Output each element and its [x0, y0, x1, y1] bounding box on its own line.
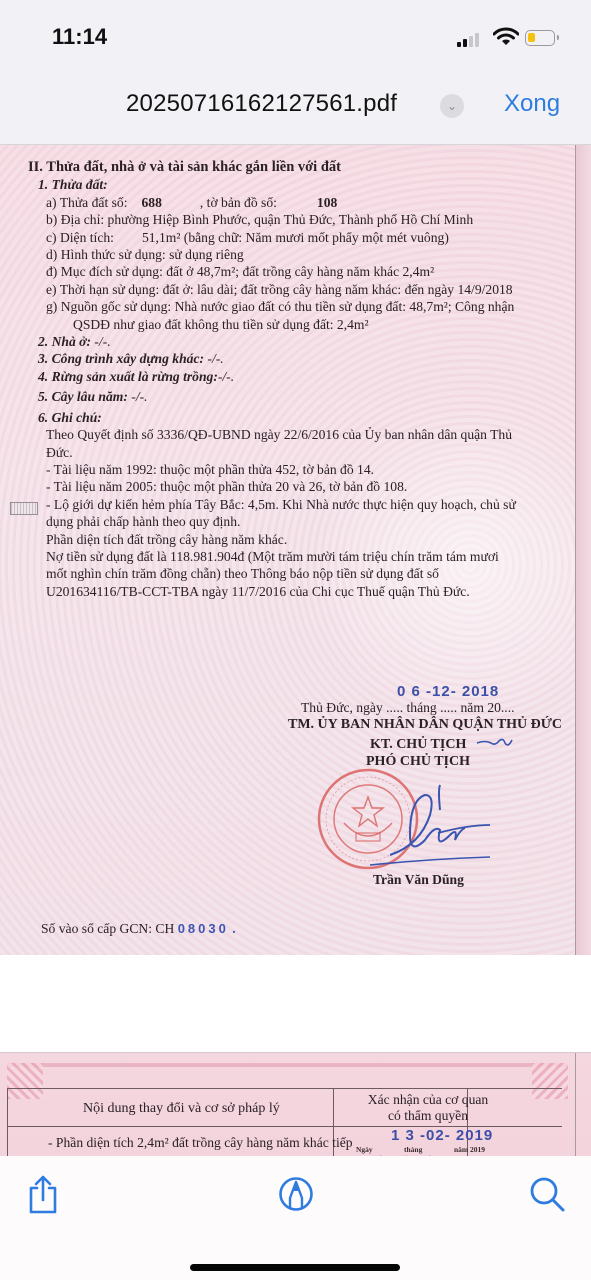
pdf-page-2: Nội dung thay đổi và cơ sở pháp lý Xác n… — [0, 1052, 591, 1157]
note-line: - Lộ giới dự kiến hẻm phía Tây Bắc: 4,5m… — [46, 496, 573, 513]
signature-icon — [340, 765, 500, 875]
usage-purpose-row: đ) Mục đích sử dụng: đất ở 48,7m²; đất t… — [46, 263, 573, 280]
page-edge — [576, 145, 591, 955]
page-gap — [0, 955, 591, 1052]
origin-row-cont: QSDĐ như giao đất không thu tiền sử dụng… — [73, 316, 573, 333]
pdf-page-1: II. Thửa đất, nhà ở và tài sản khác gắn … — [0, 145, 591, 955]
note-line: Nợ tiền sử dụng đất là 118.981.904đ (Một… — [46, 548, 573, 565]
page-border — [575, 1053, 576, 1157]
subsection-land: 1. Thửa đất: — [38, 176, 573, 193]
issuing-authority: TM. ỦY BAN NHÂN DÂN QUẬN THỦ ĐỨC — [288, 717, 562, 733]
battery-low-icon — [525, 30, 555, 46]
done-button[interactable]: Xong — [504, 90, 560, 118]
place-date-line: Thủ Đức, ngày ..... tháng ..... năm 20..… — [301, 700, 515, 716]
page-border — [575, 145, 576, 955]
land-parcel-row: a) Thửa đất số:688, tờ bản đồ số:108 — [46, 194, 573, 211]
search-icon[interactable] — [527, 1174, 567, 1214]
note-line: U201634116/TB-CCT-TBA ngày 11/7/2016 của… — [46, 583, 573, 600]
production-forest-label: 4. Rừng sản xuất là rừng trồng: — [38, 369, 218, 384]
note-line: - Tài liệu năm 1992: thuộc một phần thửa… — [46, 461, 573, 478]
table-cell: - Phần diện tích 2,4m² đất trồng cây hàn… — [48, 1135, 353, 1151]
wifi-icon — [493, 27, 519, 47]
initials-icon — [475, 736, 515, 750]
certificate-text: II. Thửa đất, nhà ở và tài sản khác gắn … — [28, 159, 573, 600]
bottom-toolbar — [0, 1156, 591, 1280]
confirmation-date-stamp: 1 3 -02- 2019 — [391, 1127, 493, 1144]
usage-term-row: e) Thời hạn sử dụng: đất ở: lâu dài; đất… — [46, 281, 573, 298]
map-number: 108 — [317, 195, 337, 210]
home-indicator[interactable] — [190, 1264, 400, 1271]
signer-role: KT. CHỦ TỊCH — [370, 737, 466, 753]
changes-table: Nội dung thay đổi và cơ sở pháp lý Xác n… — [7, 1088, 562, 1157]
area-row: c) Diện tích:51,1m² (bằng chữ: Năm mươi … — [46, 229, 573, 246]
border-band — [7, 1063, 568, 1067]
column-header-confirmation: Xác nhận của cơ quan có thẩm quyền — [363, 1092, 493, 1124]
note-line: - Tài liệu năm 2005: thuộc một phần thửa… — [46, 478, 573, 495]
issue-date-stamp: 0 6 -12- 2018 — [397, 683, 499, 700]
column-header-changes: Nội dung thay đổi và cơ sở pháp lý — [83, 1101, 280, 1117]
notes-label: 6. Ghi chú: — [38, 409, 573, 426]
chevron-down-icon[interactable]: ⌄ — [440, 94, 464, 118]
section-title: II. Thửa đất, nhà ở và tài sản khác gắn … — [28, 159, 573, 176]
markup-pen-icon[interactable] — [276, 1174, 316, 1214]
status-bar: 11:14 — [0, 0, 591, 70]
hatched-legend-swatch — [10, 502, 38, 515]
share-icon[interactable] — [23, 1174, 63, 1214]
document-nav-bar: 20250716162127561.pdf ⌄ Xong — [0, 70, 591, 145]
gcn-register-number: Số vào sổ cấp GCN: CH 08030 . — [41, 921, 236, 937]
document-title[interactable]: 20250716162127561.pdf — [126, 90, 397, 118]
note-line: Đức. — [46, 444, 573, 461]
address-row: b) Địa chỉ: phường Hiệp Bình Phước, quận… — [46, 211, 573, 228]
signer-name: Trần Văn Dũng — [373, 872, 464, 888]
usage-form-row: d) Hình thức sử dụng: sử dụng riêng — [46, 246, 573, 263]
cellular-signal-icon — [457, 33, 487, 47]
note-line: mốt nghìn chín trăm đồng chẵn) theo Thôn… — [46, 565, 573, 582]
note-line: dụng phải chấp hành theo quy định. — [46, 513, 573, 530]
note-line: Phần diện tích đất trồng cây hàng năm kh… — [46, 531, 573, 548]
origin-row: g) Nguồn gốc sử dụng: Nhà nước giao đất … — [46, 298, 573, 315]
clock: 11:14 — [52, 24, 107, 50]
parcel-number: 688 — [141, 195, 161, 210]
note-line: Theo Quyết định số 3336/QĐ-UBND ngày 22/… — [46, 426, 573, 443]
perennial-trees-label: 5. Cây lâu năm: — [38, 389, 128, 404]
other-construction-label: 3. Công trình xây dựng khác: — [38, 351, 204, 366]
house-label: 2. Nhà ở: — [38, 334, 91, 349]
